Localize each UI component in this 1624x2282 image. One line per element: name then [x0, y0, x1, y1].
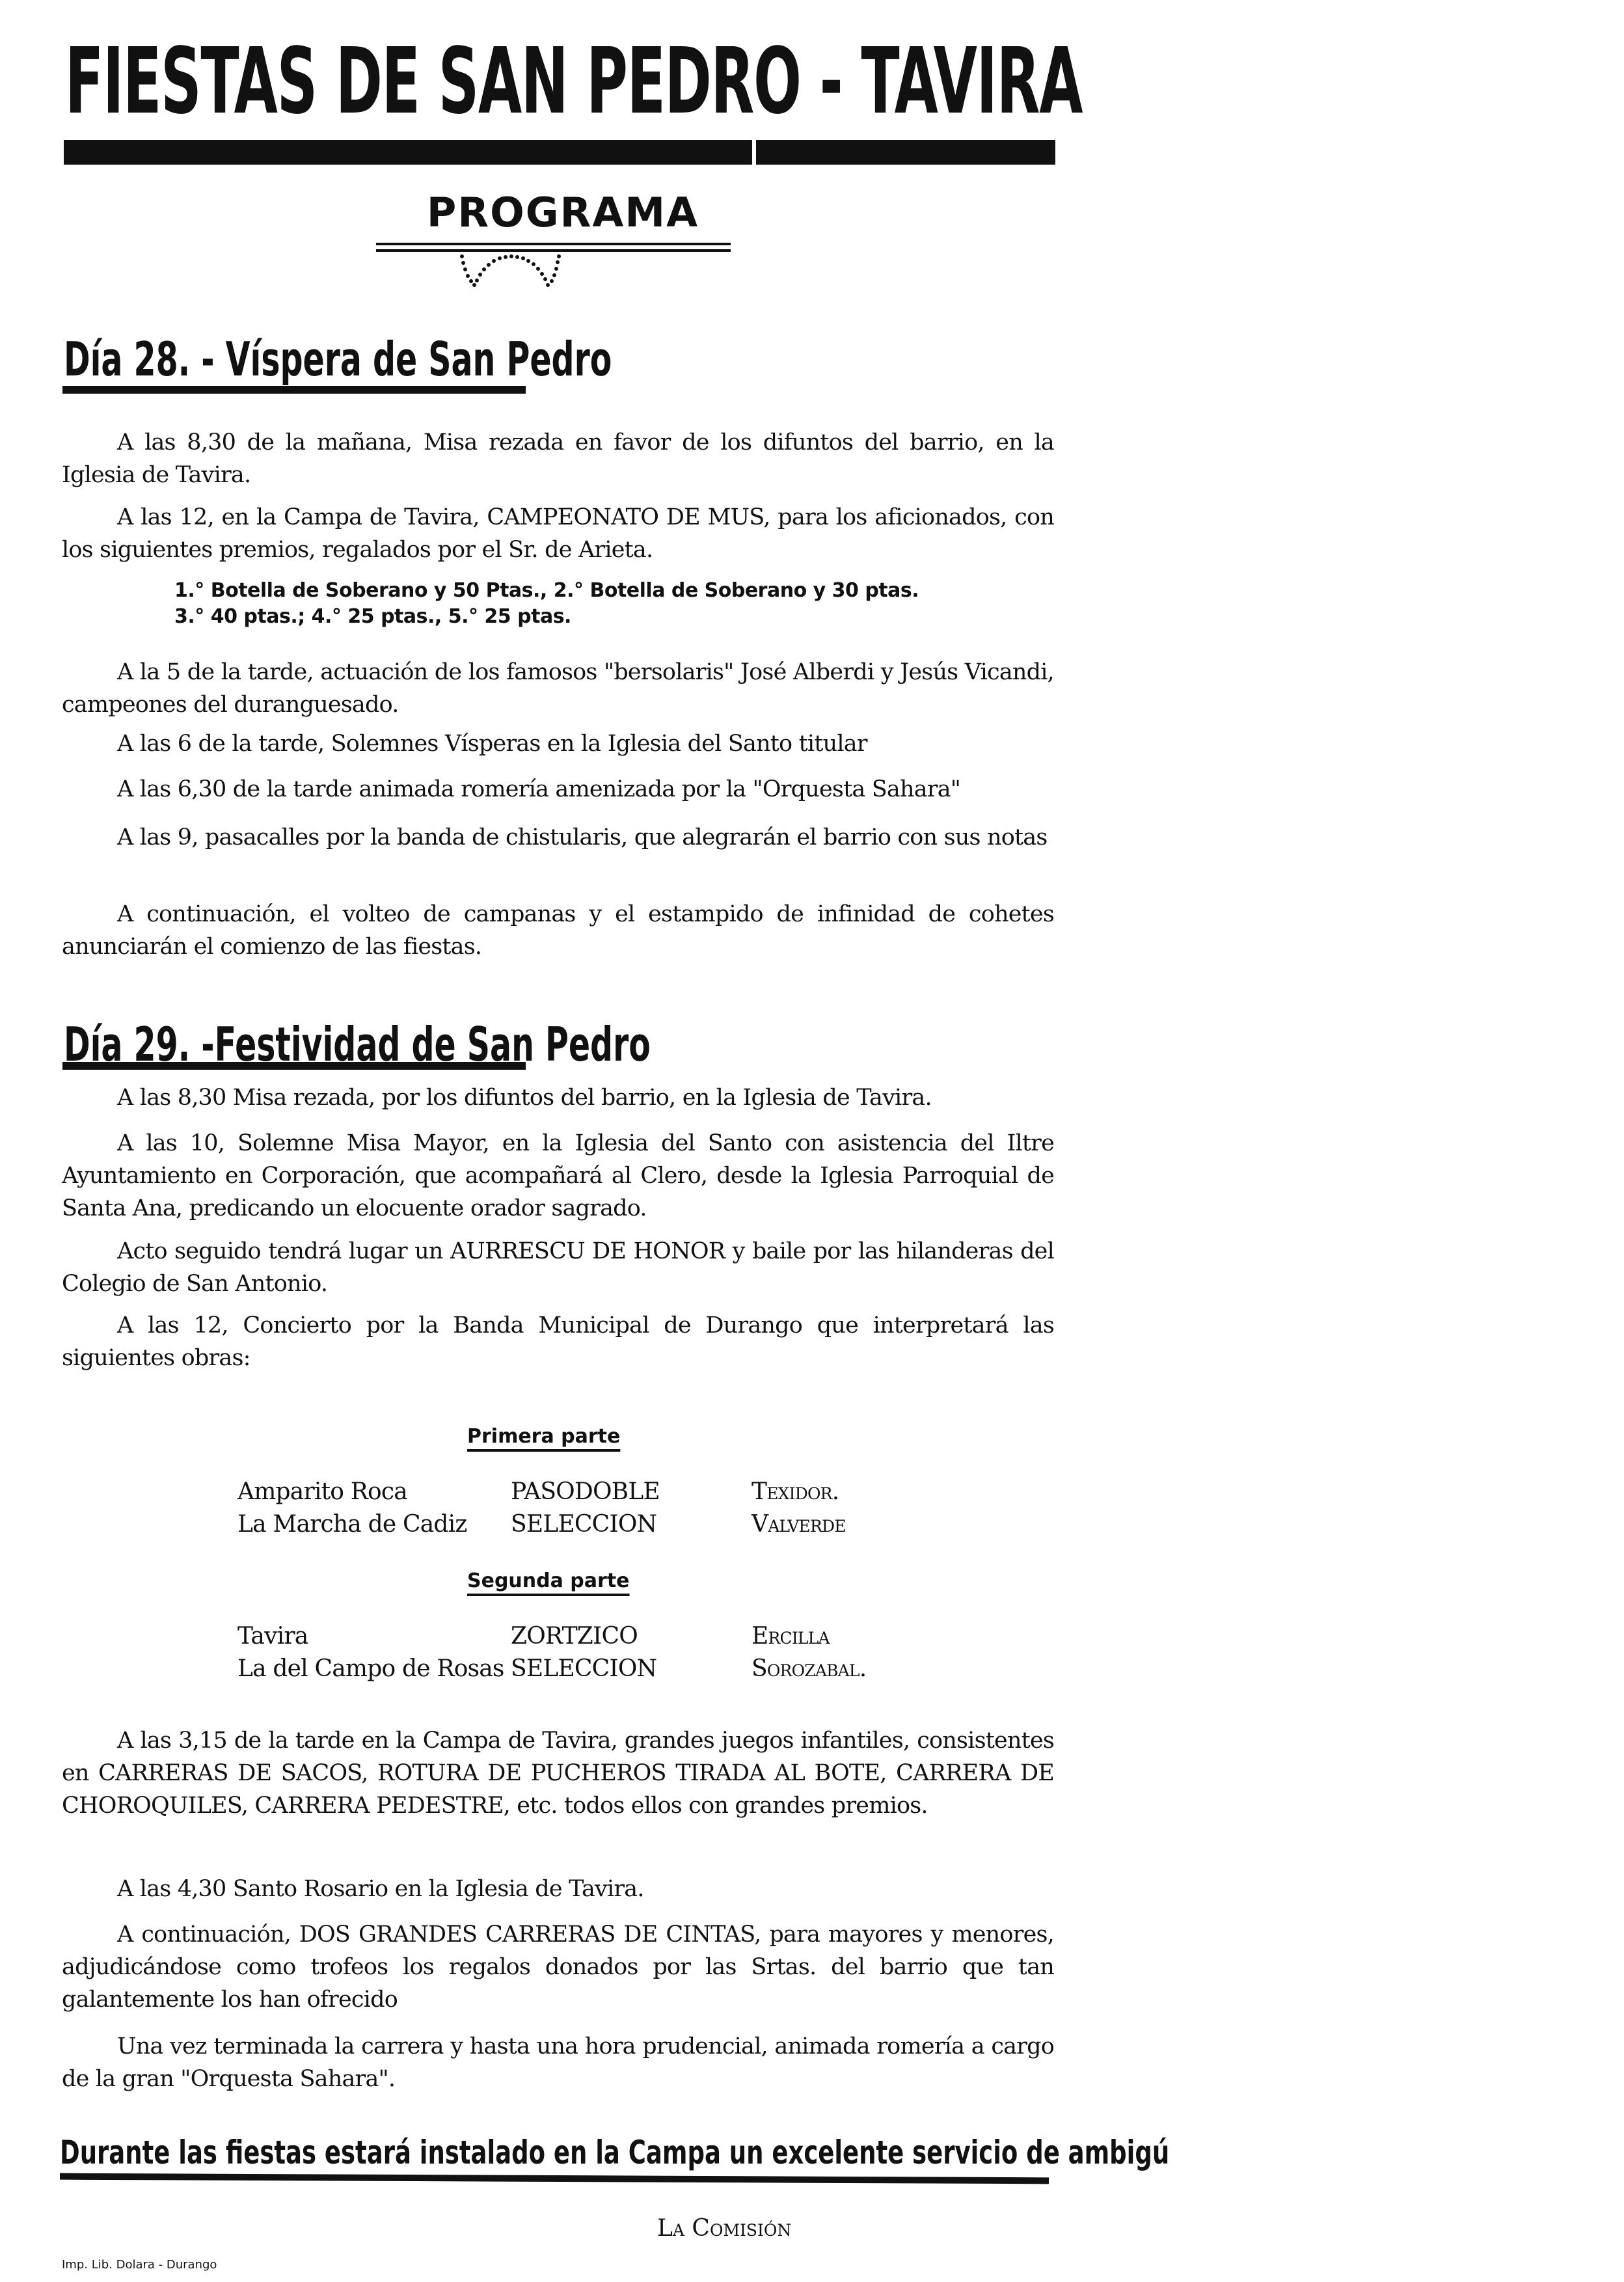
day29-paragraph: A las 3,15 de la tarde en la Campa de Ta… [62, 1724, 1054, 1822]
title-rule [64, 140, 1055, 165]
work-type: PASODOBLE [511, 1476, 751, 1508]
concert-part-2-works: Tavira ZORTZICO Ercilla La del Campo de … [237, 1620, 953, 1685]
work-title: La del Campo de Rosas [237, 1653, 511, 1685]
concert-work-row: La Marcha de Cadiz SELECCION Valverde [237, 1508, 953, 1541]
day28-paragraph: A la 5 de la tarde, actuación de los fam… [62, 656, 1054, 721]
concert-part-2-heading: Segunda parte [467, 1569, 630, 1593]
concert-work-row: La del Campo de Rosas SELECCION Sorozaba… [237, 1653, 953, 1685]
day29-paragraph: A las 12, Concierto por la Banda Municip… [62, 1309, 1054, 1374]
work-type: SELECCION [511, 1653, 751, 1685]
signature: La Comisión [657, 2216, 791, 2242]
work-type: SELECCION [511, 1508, 751, 1541]
day29-paragraph: A las 8,30 Misa rezada, por los difuntos… [62, 1081, 1054, 1114]
day-28-heading: Día 28. - Víspera de San Pedro [64, 335, 612, 383]
day28-paragraph: A las 6 de la tarde, Solemnes Vísperas e… [62, 727, 1054, 760]
day28-paragraph: A las 9, pasacalles por la banda de chis… [62, 821, 1054, 854]
concert-part-1-heading: Primera parte [467, 1425, 620, 1448]
poster-title: FIESTAS DE SAN PEDRO - TAVIRA [65, 38, 681, 126]
notice-rule [60, 2173, 1049, 2184]
day28-paragraph: A las 6,30 de la tarde animada romería a… [62, 773, 1054, 806]
work-composer: Valverde [751, 1508, 947, 1541]
day29-paragraph: A continuación, DOS GRANDES CARRERAS DE … [62, 1918, 1054, 2016]
day29-paragraph: A las 4,30 Santo Rosario en la Iglesia d… [62, 1873, 1054, 1905]
prize-line: 1.° Botella de Soberano y 50 Ptas., 2.° … [174, 578, 1059, 604]
day28-paragraph: A las 12, en la Campa de Tavira, CAMPEON… [62, 501, 1054, 566]
dotted-ornament-icon [455, 252, 573, 293]
printer-imprint: Imp. Lib. Dolara - Durango [62, 2258, 217, 2272]
work-composer: Ercilla [751, 1620, 947, 1653]
ambigu-notice: Durante las fiestas estará instalado en … [60, 2133, 1169, 2172]
concert-work-row: Amparito Roca PASODOBLE Texidor. [237, 1476, 953, 1508]
concert-part-1-works: Amparito Roca PASODOBLE Texidor. La Marc… [237, 1476, 953, 1541]
day-29-rule [62, 1062, 526, 1070]
day28-paragraph: A continuación, el volteo de campanas y … [62, 898, 1054, 963]
mus-prizes: 1.° Botella de Soberano y 50 Ptas., 2.° … [174, 578, 1059, 630]
work-title: La Marcha de Cadiz [237, 1508, 511, 1541]
concert-work-row: Tavira ZORTZICO Ercilla [237, 1620, 953, 1653]
work-type: ZORTZICO [511, 1620, 751, 1653]
day29-paragraph: Acto seguido tendrá lugar un AURRESCU DE… [62, 1235, 1054, 1300]
day29-paragraph: A las 10, Solemne Misa Mayor, en la Igle… [62, 1127, 1054, 1225]
programa-double-rule [376, 243, 731, 252]
day28-paragraph: A las 8,30 de la mañana, Misa rezada en … [62, 426, 1054, 491]
day-28-rule [62, 386, 526, 394]
work-composer: Texidor. [751, 1476, 947, 1508]
day-29-heading: Día 29. -Festividad de San Pedro [64, 1020, 651, 1068]
work-title: Tavira [237, 1620, 511, 1653]
work-composer: Sorozabal. [751, 1653, 947, 1685]
programa-heading: PROGRAMA [381, 190, 745, 236]
day29-paragraph: Una vez terminada la carrera y hasta una… [62, 2030, 1054, 2095]
prize-line: 3.° 40 ptas.; 4.° 25 ptas., 5.° 25 ptas. [174, 604, 1059, 630]
work-title: Amparito Roca [237, 1476, 511, 1508]
